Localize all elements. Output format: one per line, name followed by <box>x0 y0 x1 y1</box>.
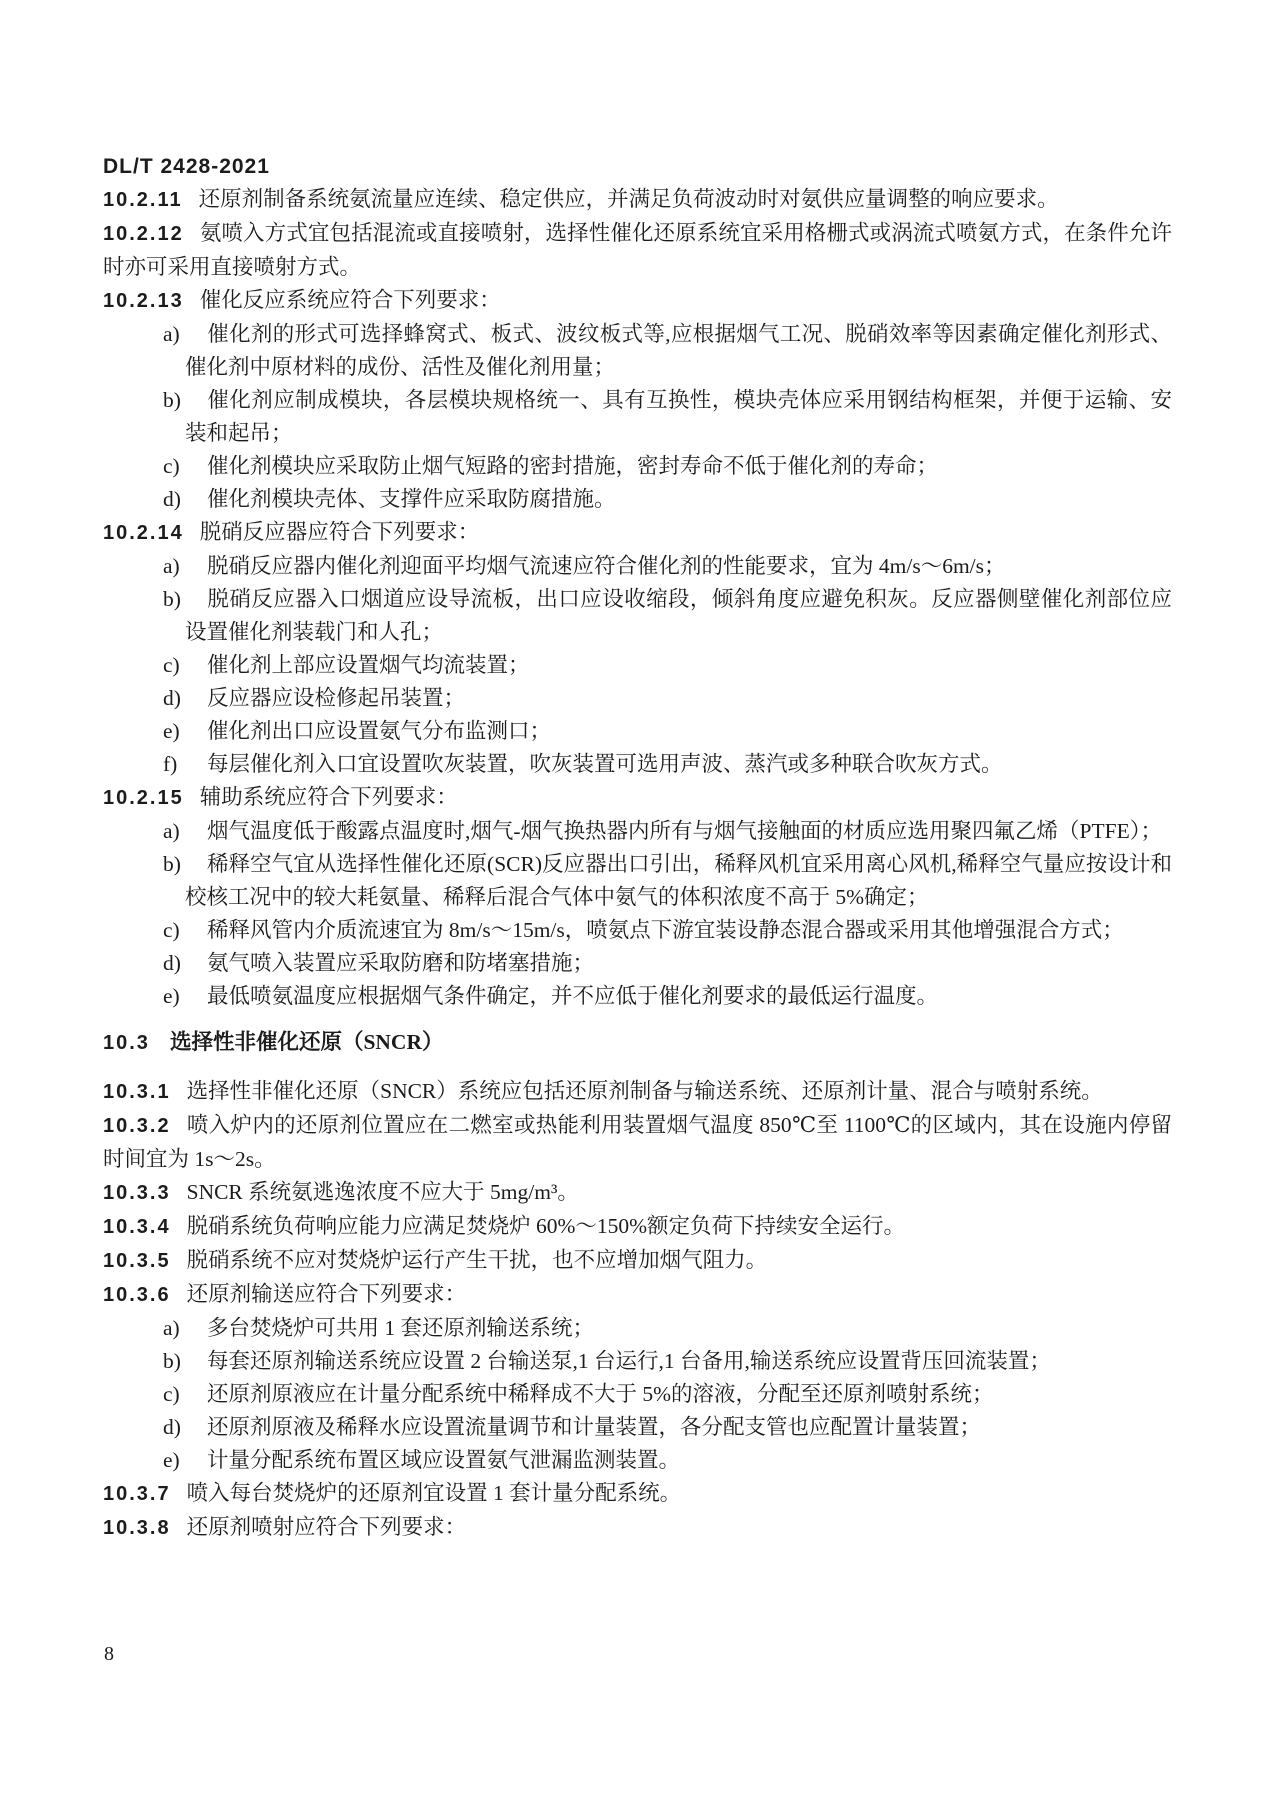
list-item: d)催化剂模块壳体、支撑件应采取防腐措施。 <box>103 483 1172 516</box>
clause-text: 还原剂喷射应符合下列要求： <box>187 1515 467 1539</box>
list-item: b)每套还原剂输送系统应设置 2 台输送泵,1 台运行,1 台备用,输送系统应设… <box>103 1345 1172 1378</box>
section-title: 选择性非催化还原（SNCR） <box>170 1030 444 1054</box>
document-body: 10.2.11还原剂制备系统氨流量应连续、稳定供应，并满足负荷波动时对氨供应量调… <box>103 183 1172 1545</box>
item-label: e) <box>163 1444 207 1477</box>
clause: 10.3.1选择性非催化还原（SNCR）系统应包括还原剂制备与输送系统、还原剂计… <box>103 1075 1172 1109</box>
clause: 10.2.13催化反应系统应符合下列要求： <box>103 284 1172 318</box>
clause-text: 氨喷入方式宜包括混流或直接喷射，选择性催化还原系统宜采用格栅式或涡流式喷氨方式，… <box>103 221 1172 279</box>
list-item: c)催化剂模块应采取防止烟气短路的密封措施，密封寿命不低于催化剂的寿命； <box>103 450 1172 483</box>
item-text: 脱硝反应器入口烟道应设导流板，出口应设收缩段，倾斜角度应避免积灰。反应器侧壁催化… <box>185 587 1172 644</box>
clause-number: 10.3.8 <box>103 1517 171 1539</box>
item-text: 催化剂上部应设置烟气均流装置； <box>207 653 530 677</box>
clause-text: 还原剂制备系统氨流量应连续、稳定供应，并满足负荷波动时对氨供应量调整的响应要求。 <box>199 187 1059 211</box>
item-text: 还原剂原液应在计量分配系统中稀释成不大于 5%的溶液，分配至还原剂喷射系统； <box>207 1382 994 1406</box>
list-item: c)还原剂原液应在计量分配系统中稀释成不大于 5%的溶液，分配至还原剂喷射系统； <box>103 1378 1172 1411</box>
item-label: b) <box>163 848 207 881</box>
clause: 10.3.2喷入炉内的还原剂位置应在二燃室或热能利用装置烟气温度 850℃至 1… <box>103 1109 1172 1176</box>
list-item: c)催化剂上部应设置烟气均流装置； <box>103 649 1172 682</box>
item-text: 稀释空气宜从选择性催化还原(SCR)反应器出口引出，稀释风机宜采用离心风机,稀释… <box>185 852 1172 909</box>
item-text: 催化剂的形式可选择蜂窝式、板式、波纹板式等,应根据烟气工况、脱硝效率等因素确定催… <box>185 322 1172 379</box>
clause-number: 10.2.11 <box>103 189 183 211</box>
item-label: d) <box>163 483 207 516</box>
item-text: 氨气喷入装置应采取防磨和防堵塞措施； <box>207 951 594 975</box>
clause-number: 10.3.7 <box>103 1483 171 1505</box>
clause-text: SNCR 系统氨逃逸浓度不应大于 5mg/m³。 <box>187 1180 579 1204</box>
list-item: e)计量分配系统布置区域应设置氨气泄漏监测装置。 <box>103 1444 1172 1477</box>
clause: 10.3.8还原剂喷射应符合下列要求： <box>103 1511 1172 1545</box>
item-text: 催化剂模块应采取防止烟气短路的密封措施，密封寿命不低于催化剂的寿命； <box>207 454 938 478</box>
clause: 10.3.6还原剂输送应符合下列要求： <box>103 1278 1172 1312</box>
clause-text: 喷入炉内的还原剂位置应在二燃室或热能利用装置烟气温度 850℃至 1100℃的区… <box>103 1113 1172 1171</box>
item-label: a) <box>163 1312 207 1345</box>
clause-number: 10.2.13 <box>103 290 184 312</box>
item-label: b) <box>163 384 207 417</box>
list-item: a)脱硝反应器内催化剂迎面平均烟气流速应符合催化剂的性能要求，宜为 4m/s～6… <box>103 550 1172 583</box>
list-item: d)反应器应设检修起吊装置； <box>103 682 1172 715</box>
item-label: f) <box>163 748 207 781</box>
section-heading: 10.3选择性非催化还原（SNCR） <box>103 1026 1172 1060</box>
clause-number: 10.3.3 <box>103 1182 171 1204</box>
item-text: 还原剂原液及稀释水应设置流量调节和计量装置，各分配支管也应配置计量装置； <box>207 1415 981 1439</box>
clause-text: 喷入每台焚烧炉的还原剂宜设置 1 套计量分配系统。 <box>187 1481 682 1505</box>
clause-number: 10.3.6 <box>103 1284 171 1306</box>
clause-number: 10.3.4 <box>103 1216 171 1238</box>
list-item: e)最低喷氨温度应根据烟气条件确定，并不应低于催化剂要求的最低运行温度。 <box>103 980 1172 1013</box>
clause: 10.2.15辅助系统应符合下列要求： <box>103 781 1172 815</box>
clause-text: 选择性非催化还原（SNCR）系统应包括还原剂制备与输送系统、还原剂计量、混合与喷… <box>187 1079 1103 1103</box>
item-label: d) <box>163 1411 207 1444</box>
clause-text: 还原剂输送应符合下列要求： <box>187 1282 467 1306</box>
item-text: 催化剂出口应设置氨气分布监测口； <box>207 719 551 743</box>
item-label: c) <box>163 1378 207 1411</box>
item-label: d) <box>163 947 207 980</box>
clause: 10.3.3SNCR 系统氨逃逸浓度不应大于 5mg/m³。 <box>103 1176 1172 1210</box>
clause-number: 10.3.5 <box>103 1250 171 1272</box>
clause-text: 脱硝系统不应对焚烧炉运行产生干扰，也不应增加烟气阻力。 <box>187 1248 768 1272</box>
clause-number: 10.2.15 <box>103 787 184 809</box>
clause-number: 10.3.2 <box>103 1115 171 1137</box>
item-text: 脱硝反应器内催化剂迎面平均烟气流速应符合催化剂的性能要求，宜为 4m/s～6m/… <box>207 554 1006 578</box>
item-text: 最低喷氨温度应根据烟气条件确定，并不应低于催化剂要求的最低运行温度。 <box>207 984 938 1008</box>
clause: 10.3.4脱硝系统负荷响应能力应满足焚烧炉 60%～150%额定负荷下持续安全… <box>103 1210 1172 1244</box>
item-text: 反应器应设检修起吊装置； <box>207 686 465 710</box>
item-text: 催化剂应制成模块，各层模块规格统一、具有互换性，模块壳体应采用钢结构框架，并便于… <box>185 388 1172 445</box>
section-number: 10.3 <box>103 1032 150 1054</box>
clause: 10.2.11还原剂制备系统氨流量应连续、稳定供应，并满足负荷波动时对氨供应量调… <box>103 183 1172 217</box>
item-text: 催化剂模块壳体、支撑件应采取防腐措施。 <box>207 487 616 511</box>
item-label: b) <box>163 583 207 616</box>
item-label: a) <box>163 550 207 583</box>
list-item: a)烟气温度低于酸露点温度时,烟气-烟气换热器内所有与烟气接触面的材质应选用聚四… <box>103 815 1172 848</box>
item-text: 每层催化剂入口宜设置吹灰装置，吹灰装置可选用声波、蒸汽或多种联合吹灰方式。 <box>207 752 1003 776</box>
clause: 10.2.14脱硝反应器应符合下列要求： <box>103 516 1172 550</box>
item-label: c) <box>163 649 207 682</box>
item-text: 稀释风管内介质流速宜为 8m/s～15m/s，喷氨点下游宜装设静态混合器或采用其… <box>207 918 1124 942</box>
clause-text: 脱硝反应器应符合下列要求： <box>200 520 480 544</box>
list-item: e)催化剂出口应设置氨气分布监测口； <box>103 715 1172 748</box>
list-item: f)每层催化剂入口宜设置吹灰装置，吹灰装置可选用声波、蒸汽或多种联合吹灰方式。 <box>103 748 1172 781</box>
clause: 10.2.12氨喷入方式宜包括混流或直接喷射，选择性催化还原系统宜采用格栅式或涡… <box>103 217 1172 284</box>
item-text: 烟气温度低于酸露点温度时,烟气-烟气换热器内所有与烟气接触面的材质应选用聚四氟乙… <box>207 819 1162 843</box>
item-text: 多台焚烧炉可共用 1 套还原剂输送系统； <box>207 1316 594 1340</box>
clause-text: 催化反应系统应符合下列要求： <box>200 288 501 312</box>
item-text: 计量分配系统布置区域应设置氨气泄漏监测装置。 <box>207 1448 680 1472</box>
item-label: b) <box>163 1345 207 1378</box>
document-page: DL/T 2428-2021 10.2.11还原剂制备系统氨流量应连续、稳定供应… <box>0 0 1271 1797</box>
clause: 10.3.5脱硝系统不应对焚烧炉运行产生干扰，也不应增加烟气阻力。 <box>103 1244 1172 1278</box>
list-item: c)稀释风管内介质流速宜为 8m/s～15m/s，喷氨点下游宜装设静态混合器或采… <box>103 914 1172 947</box>
item-label: d) <box>163 682 207 715</box>
list-item: b)稀释空气宜从选择性催化还原(SCR)反应器出口引出，稀释风机宜采用离心风机,… <box>103 848 1172 914</box>
list-item: d)氨气喷入装置应采取防磨和防堵塞措施； <box>103 947 1172 980</box>
list-item: a)催化剂的形式可选择蜂窝式、板式、波纹板式等,应根据烟气工况、脱硝效率等因素确… <box>103 318 1172 384</box>
item-text: 每套还原剂输送系统应设置 2 台输送泵,1 台运行,1 台备用,输送系统应设置背… <box>207 1349 1051 1373</box>
clause: 10.3.7喷入每台焚烧炉的还原剂宜设置 1 套计量分配系统。 <box>103 1477 1172 1511</box>
item-label: a) <box>163 318 207 351</box>
item-label: c) <box>163 914 207 947</box>
list-item: d)还原剂原液及稀释水应设置流量调节和计量装置，各分配支管也应配置计量装置； <box>103 1411 1172 1444</box>
page-number: 8 <box>104 1638 114 1671</box>
clause-text: 脱硝系统负荷响应能力应满足焚烧炉 60%～150%额定负荷下持续安全运行。 <box>187 1214 905 1238</box>
item-label: a) <box>163 815 207 848</box>
item-label: e) <box>163 980 207 1013</box>
clause-text: 辅助系统应符合下列要求： <box>200 785 458 809</box>
item-label: c) <box>163 450 207 483</box>
document-code: DL/T 2428-2021 <box>103 150 1172 183</box>
clause-number: 10.3.1 <box>103 1081 171 1103</box>
clause-number: 10.2.14 <box>103 522 184 544</box>
list-item: b)脱硝反应器入口烟道应设导流板，出口应设收缩段，倾斜角度应避免积灰。反应器侧壁… <box>103 583 1172 649</box>
list-item: a)多台焚烧炉可共用 1 套还原剂输送系统； <box>103 1312 1172 1345</box>
list-item: b)催化剂应制成模块，各层模块规格统一、具有互换性，模块壳体应采用钢结构框架，并… <box>103 384 1172 450</box>
clause-number: 10.2.12 <box>103 223 184 245</box>
item-label: e) <box>163 715 207 748</box>
